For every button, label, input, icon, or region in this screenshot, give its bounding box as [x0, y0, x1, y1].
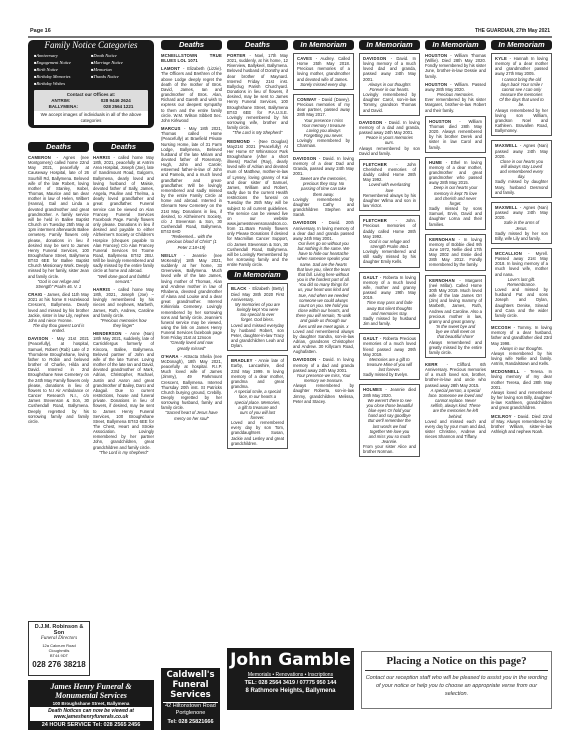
- notice-verse: Deep in our hearts your memory is kept T…: [429, 185, 482, 206]
- category-item: Engagement Notice: [34, 59, 91, 66]
- section-header: Deaths: [227, 40, 288, 50]
- notice-verse: "God is our refuge and Strength" Psalm 4…: [28, 279, 89, 289]
- notice-signoff: Sadly missed by her son Billy, wife Lily…: [495, 231, 548, 241]
- notice-signoff: Always remembered by son David and famil…: [359, 146, 420, 156]
- ad-phone: TEL: 028 2564 3419 / 07775 950 144: [229, 680, 352, 686]
- notice-verse: Loved with everlasting love: [363, 182, 416, 192]
- notice-verse: Your presence I miss Your memory I treas…: [297, 118, 350, 139]
- deaths-col-4: Deaths PORTER - Noel, 17th May 2021, sud…: [227, 40, 288, 660]
- notice: FLETCHER - John Cherished memories of da…: [359, 159, 420, 211]
- notice-text: - Jeannie (nee McKendry) 18th May 2021, …: [161, 253, 222, 341]
- notice-verse: Our lives go on without you but nothing …: [293, 241, 354, 329]
- notice: CAMERON - Agnes (nee Montgomery) called …: [28, 155, 89, 289]
- notice-verse: "The Lord is my shepherd": [93, 450, 154, 455]
- notice-verse: Memories are a gift to treasure Mine of …: [363, 357, 416, 372]
- category-item: Thanks Notice: [91, 73, 148, 80]
- memoriam-col-8: In Memoriam KYLE - Hannah In loving memo…: [491, 40, 552, 660]
- notice-signoff: Lovingly remembered by daughter Cathy an…: [293, 197, 354, 218]
- ad-subtitle: Funeral Directors: [31, 636, 87, 641]
- notice-verse: 'In the sweet bye and bye we shall meet …: [429, 324, 482, 339]
- notice: KERNOHAN - In loving memory of Bobbie di…: [425, 234, 486, 271]
- notice-signoff: Loved and remembered every day by son To…: [231, 420, 284, 446]
- notice: HUME - Ethel In loving memory of a dear …: [425, 157, 486, 230]
- notice-signoff: Always remembered by her loving son Will…: [495, 108, 548, 134]
- notice-signoff: Sadly missed by Evelyn.: [363, 372, 416, 377]
- notice-verse: Love's last gift. Remembrance.: [495, 277, 548, 287]
- notice: HOUSTON - William Thomas (Willie). Died …: [425, 53, 486, 79]
- categories-column: Family Notice Categories AnniversaryDeat…: [28, 40, 154, 128]
- notice-signoff: Loved and missed each and every day by y…: [425, 419, 486, 440]
- notice: MCDONNELL - Teresa. In loving memory of …: [491, 369, 552, 410]
- ad-phone: 028 276 38218: [31, 660, 87, 669]
- notice-signoff: Loved and missed by husband Pat and sons…: [495, 287, 548, 318]
- notice: BRADLEY - Annie late of Earby, Lancashir…: [227, 355, 288, 449]
- notice-verse: Sweet are the memories, precious they st…: [293, 176, 354, 197]
- category-item: Anniversary: [34, 52, 91, 59]
- categories-box: Family Notice Categories AnniversaryDeat…: [28, 40, 154, 128]
- category-item: Marriage Notice: [91, 59, 148, 66]
- notice-signoff: Always remembered by his loving wife Nel…: [491, 351, 552, 366]
- notice-text: - May 21st 2021 (Peacefully), at hospita…: [28, 336, 89, 424]
- ad-address: 42 Hiltonstown Road Portglenone: [163, 702, 218, 717]
- notice-verse: A special smile, a special face, In our …: [231, 389, 284, 420]
- notice: FLETCHER - John. Precious memories of da…: [359, 215, 420, 267]
- notice-verse: The day thou gavest Lord is ended.: [28, 323, 89, 333]
- ad-phone: 24 HOUR SERVICE Tel: 028 2565 2456: [30, 722, 152, 728]
- notice: MAXWELL - Agnes (Nan) passed away 24th M…: [491, 202, 552, 244]
- caldwell-advert: Caldwell's Funeral Services 42 Hiltonsto…: [161, 668, 220, 730]
- category-item: Death Notice: [91, 52, 148, 59]
- notice-text: - In loving memory of Bobbie died 9th Ju…: [429, 237, 482, 268]
- section-header: Deaths: [28, 142, 89, 152]
- notice-text: - called home May 18th, 2021, Joseph (Jo…: [93, 287, 154, 318]
- notice-text: - Attracta Sheila (nee McDonagh), 18th M…: [161, 354, 222, 411]
- notice: PORTER - Noel, 17th May 2021, suddenly, …: [227, 53, 288, 136]
- category-item: Memorian: [91, 66, 148, 73]
- office-phone: 028 2564 1221: [103, 104, 133, 109]
- ad-address: BT44 9DT: [31, 653, 87, 658]
- notice-verse: I cannot bring the old days back Your sm…: [495, 77, 548, 108]
- notice-verse: Safe in the arms of Jesus.: [495, 220, 548, 230]
- notice: MCCOSH - Tommy. In loving memory of a de…: [491, 325, 552, 366]
- notice-text: - Agnes (nee Montgomery) called home 22n…: [28, 155, 89, 279]
- paper-date: THE GUARDIAN, 27th May 2021: [475, 28, 550, 34]
- placing-notice-box: Placing a Notice on this page? Contact o…: [361, 651, 552, 709]
- notice: HARRIS - called home May 18th, 2021, Jos…: [93, 287, 154, 328]
- notice-name: MCNEILLSTOWN TRUE BLUES LOL 1071: [161, 53, 222, 63]
- notice: KERR - Clifford. 6th Anniversary. Precio…: [425, 362, 486, 439]
- ad-website-link[interactable]: www.jameshenryfunerals.co.uk: [31, 714, 151, 720]
- notice: REDMOND - (Nee Douglas) May21st 2021 (Pe…: [227, 139, 288, 268]
- notice-text: - Margaret (neé Millar). Called Home 30t…: [429, 278, 482, 324]
- categories-list: AnniversaryDeath NoticeEngagement Notice…: [31, 52, 151, 87]
- ad-services: Memorials • Renovations • Inscriptions: [229, 672, 352, 678]
- notice: CONWAY - David (Davey). Precious memorie…: [293, 94, 354, 152]
- notice: DAVIDSON - David. In loving memory of a …: [359, 53, 420, 116]
- notice-signoff: Sadly missed by daughter Mary, husband D…: [495, 179, 548, 194]
- notice-text: - Anne (Nan) 18th May 2021, suddenly, la…: [93, 331, 154, 449]
- notice: KYLE - Hannah In loving memory of a dear…: [491, 53, 552, 136]
- ad-title: John Gamble: [229, 650, 352, 670]
- ad-address: 100 Broughshane Street, Ballymena: [30, 701, 152, 706]
- notice: DAVISON - May 21st 2021 (Peacefully), at…: [28, 336, 89, 424]
- notice-text: - Elizabeth (Lizzie). The Officers and B…: [161, 66, 222, 123]
- notice: HARRIS - called home May 18th, 2021, pea…: [93, 155, 154, 284]
- placing-title: Placing a Notice on this page?: [365, 655, 548, 671]
- ad-title: D.J.M. Robinson & Son: [31, 624, 87, 636]
- notice: MCILROY - David. Died 22nd of May. Alway…: [491, 414, 552, 435]
- notice-verse: Peace is yours memories ours.: [359, 135, 420, 145]
- notice: DAVIDSON - David. In loving memory of a …: [293, 357, 354, 403]
- notice-verse: Close in our hearts you will always stay…: [495, 159, 548, 180]
- notice-signoff: Always loved and remembered by her lovin…: [491, 390, 552, 411]
- notice-verse: My memories of you are lovingly kept You…: [231, 302, 284, 323]
- notice-text: - (Nee Douglas) May21st 2021 (Peacefully…: [227, 139, 288, 268]
- notice: DAVIDSON - David. 20th Anniversary. In l…: [293, 220, 354, 354]
- section-header: Deaths: [93, 142, 154, 152]
- deaths-col-1: Deaths CAMERON - Agnes (nee Montgomery) …: [28, 142, 89, 612]
- notice: CRAIG - James, died 11th May 2021 at his…: [28, 292, 89, 333]
- notice: MARCUS - May 18th 2021, Thomas called Ho…: [161, 126, 222, 250]
- memoriam-col-7: In Memoriam HOUSTON - William Thomas (Wi…: [425, 40, 486, 660]
- section-header: In Memoriam: [227, 270, 288, 280]
- notice-verse: "Sacred heart of Jesus have mercy on her…: [161, 410, 222, 420]
- ad-phone: Tel: 028 25821666: [163, 719, 218, 725]
- ad-title: James Henry Funeral & Monumental Service…: [30, 682, 152, 700]
- categories-title: Family Notice Categories: [31, 43, 151, 48]
- notice: KERNOHAN - Margaret (neé Millar). Called…: [425, 275, 486, 358]
- notice: O'HARA - Attracta Sheila (nee McDonagh),…: [161, 354, 222, 421]
- category-item: Birthday Memories: [34, 73, 91, 80]
- notice-signoff: Remembered always by his daughter Wilma …: [363, 193, 416, 208]
- notice-signoff: Sadly missed by sons Samuel, Ervin, Davi…: [429, 206, 482, 227]
- notice-text: - called home May 18th, 2021, peacefully…: [93, 155, 154, 273]
- section-header: In Memoriam: [425, 40, 486, 50]
- notice: BLACK - Elizabeth (Betty) Died May 28th …: [227, 283, 288, 351]
- section-header: In Memoriam: [293, 40, 354, 50]
- notice: HOLMES - Jeannie died 28th May 2020.We w…: [359, 384, 420, 457]
- section-header: In Memoriam: [359, 40, 420, 50]
- notice-signoff: Sadly missed by husband Jim and family.: [363, 316, 416, 326]
- notice-verse: "Greatly loved and now greatly missed": [161, 340, 222, 350]
- robinson-advert: D.J.M. Robinson & Son Funeral Directors …: [28, 621, 90, 676]
- notice-verse: A special person, a special face. Someon…: [425, 388, 486, 419]
- notice-signoff: Lovingly remembered and still sadly miss…: [363, 249, 416, 264]
- office-name: BALLYMENA:: [49, 104, 78, 109]
- notice: LAMONT - Elizabeth (Lizzie). The Officer…: [161, 66, 222, 123]
- notice-verse: God is our refuge and strength Psalm 46v…: [363, 239, 416, 249]
- notice-verse: "Redeemed... with the precious blood of …: [161, 234, 222, 249]
- ad-address: 8 Rathmore Heights, Ballymena: [229, 688, 352, 694]
- notice: CAVES - Audrey. Called Home 25th May 201…: [293, 53, 354, 90]
- notice-text: - Annie late of Earby, Lancashire, died …: [231, 358, 284, 389]
- notice-verse: "Precious memories how they linger": [93, 318, 154, 328]
- newspaper-page: Page 16 THE GUARDIAN, 27th May 2021 Fami…: [28, 28, 552, 728]
- notice: HOUSTON - William Thomas died 28th May 2…: [425, 116, 486, 153]
- header-rule: [28, 36, 552, 38]
- placing-text: Contact our reception staff who will be …: [365, 674, 548, 698]
- notice-text: - May 18th 2021, Thomas called Home (Pea…: [161, 126, 222, 234]
- notice-signoff: From your sister Alice and brother Norma…: [363, 444, 416, 454]
- notice: HOUSTON - William. Passed away 28th May …: [425, 82, 486, 113]
- deaths-col-2: Deaths HARRIS - called home May 18th, 20…: [93, 142, 154, 652]
- notice-text: - William Thomas died 28th May 2020. Alw…: [429, 119, 482, 150]
- notice-text: - James, died 11th May 2021 at his home …: [28, 292, 89, 323]
- notice-verse: Sorely missed every day.: [297, 82, 350, 87]
- ad-notice-box: Death Notices can now be viewed at www.j…: [30, 707, 152, 721]
- category-item: Birthday Wishes: [34, 80, 91, 87]
- deaths-col-3: Deaths MCNEILLSTOWN TRUE BLUES LOL 1071 …: [161, 40, 222, 660]
- section-header: Deaths: [161, 40, 222, 50]
- notice: DAVIDSON - David. In loving memory of a …: [359, 120, 420, 156]
- page-number: Page 16: [30, 28, 51, 34]
- notice-signoff: Ever remembered by his sister Margaret, …: [425, 97, 486, 112]
- notice-text: - Noel, 17th May 2021, suddenly, at his …: [227, 53, 288, 130]
- notice-verse: Always in our thoughts Forever in our he…: [363, 82, 416, 92]
- notice: MCNEILLSTOWN TRUE BLUES LOL 1071: [161, 53, 222, 63]
- notice-verse: Time may pass and fade away But silent t…: [363, 300, 416, 315]
- section-header: In Memoriam: [491, 40, 552, 50]
- john-gamble-advert: John Gamble Memorials • Renovations • In…: [227, 648, 354, 710]
- notice: MAXWELL - Agnes (Nan) passed away 24th M…: [491, 140, 552, 198]
- james-henry-advert: James Henry Funeral & Monumental Service…: [28, 680, 154, 730]
- notice-verse: "The Lord is My Shepherd": [227, 130, 288, 135]
- memoriam-col-5: In Memoriam CAVES - Audrey. Called Home …: [293, 40, 354, 660]
- memoriam-col-6: In Memoriam DAVIDSON - David. In loving …: [359, 40, 420, 660]
- notice-verse: Your presence we miss, Your memory we tr…: [293, 373, 354, 383]
- notice: HENDERSON - Anne (Nan) 18th May 2021, su…: [93, 331, 154, 455]
- notice: MCCALLION - Myrell. Passed away 21st May…: [491, 248, 552, 321]
- notice-signoff: Always remembered by daughter Roberta, s…: [293, 383, 354, 404]
- ad-title: Caldwell's Funeral Services: [163, 670, 218, 700]
- notice: GAULT - Roberta Precious memories of a m…: [359, 333, 420, 380]
- notice: GAULT - Roberta In loving memory of a mu…: [359, 272, 420, 330]
- notice-verse: We weren't there to see you close those …: [363, 398, 416, 444]
- contact-title: Contact our Offices at:: [36, 92, 146, 97]
- notice-signoff: Always remembered and greatly missed by …: [429, 340, 482, 355]
- notice-signoff: Lovingly remembered by daughter Carol, s…: [363, 92, 416, 113]
- contact-footer: We accept images of individuals in all o…: [34, 111, 148, 125]
- notice-verse: "Well done good and faithful servant.": [93, 274, 154, 284]
- notice-signoff: Loved and missed everyday by husband Rob…: [231, 323, 284, 349]
- notice-signoff: Loved and remembered always by daughter …: [293, 329, 354, 355]
- notice-signoff: Lovingly remembered by Charmian.: [297, 138, 350, 148]
- notice: DAVIDSON - David. In loving memory of a …: [293, 156, 354, 218]
- category-item: Birth Notice: [34, 66, 91, 73]
- notice: NEILLY - Jeannie (nee McKendry) 18th May…: [161, 253, 222, 351]
- contact-box: Contact our Offices at: ANTRIM:028 9446 …: [34, 90, 148, 125]
